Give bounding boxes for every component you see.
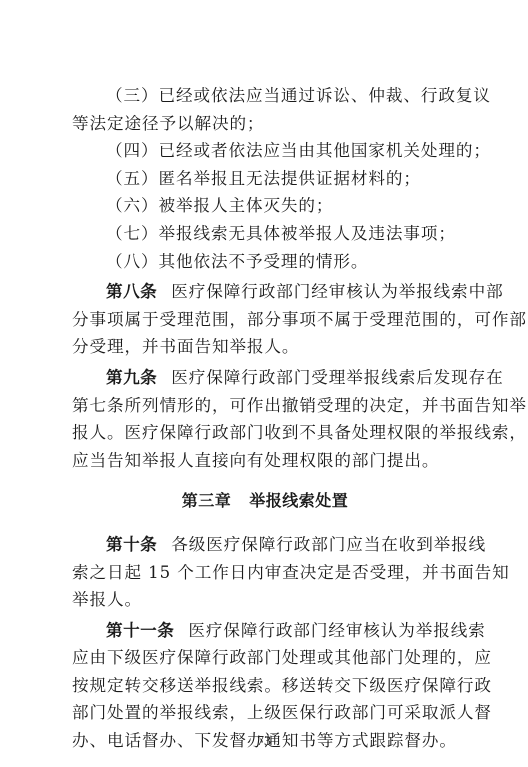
article-10-label: 第十条 xyxy=(106,535,157,554)
article-8-line: 分受理，并书面告知举报人。 xyxy=(72,333,458,361)
article-11-line: 应由下级医疗保障行政部门处理或其他部门处理的，应 xyxy=(72,644,458,672)
article-8-line: 分事项属于受理范围，部分事项不属于受理范围的，可作部 xyxy=(72,306,458,334)
article-10-line: 举报人。 xyxy=(72,586,458,614)
article-11-first-line: 第十一条医疗保障行政部门经审核认为举报线索 xyxy=(72,617,458,645)
article-9-label: 第九条 xyxy=(106,368,157,387)
chapter-title: 举报线索处置 xyxy=(249,491,348,510)
article-9-first-line: 第九条医疗保障行政部门受理举报线索后发现存在 xyxy=(72,364,458,392)
article-9-text: 医疗保障行政部门受理举报线索后发现存在 xyxy=(171,368,503,387)
article-11-line: 部门处置的举报线索，上级医保行政部门可采取派人督 xyxy=(72,699,458,727)
page-number: 73 xyxy=(0,734,528,750)
article-10-text: 各级医疗保障行政部门应当在收到举报线 xyxy=(171,535,486,554)
article-8-text: 医疗保障行政部门经审核认为举报线索中部 xyxy=(171,282,503,301)
list-item-3: （三）已经或依法应当通过诉讼、仲裁、行政复议 xyxy=(72,82,458,110)
article-11-text: 医疗保障行政部门经审核认为举报线索 xyxy=(188,621,485,640)
article-9-line: 应当告知举报人直接向有处理权限的部门提出。 xyxy=(72,447,458,475)
article-11-line: 按规定转交移送举报线索。移送转交下级医疗保障行政 xyxy=(72,672,458,700)
article-10-first-line: 第十条各级医疗保障行政部门应当在收到举报线 xyxy=(72,531,458,559)
list-item-7: （七）举报线索无具体被举报人及违法事项； xyxy=(72,220,458,248)
article-10: 第十条各级医疗保障行政部门应当在收到举报线 索之日起 15 个工作日内审查决定是… xyxy=(72,531,458,614)
article-8-first-line: 第八条医疗保障行政部门经审核认为举报线索中部 xyxy=(72,278,458,306)
article-9: 第九条医疗保障行政部门受理举报线索后发现存在 第七条所列情形的，可作出撤销受理的… xyxy=(72,364,458,474)
article-10-line: 索之日起 15 个工作日内审查决定是否受理，并书面告知 xyxy=(72,559,458,587)
chapter-heading: 第三章举报线索处置 xyxy=(72,487,458,515)
article-8-label: 第八条 xyxy=(106,282,157,301)
list-item-6: （六）被举报人主体灭失的； xyxy=(72,192,458,220)
list-item-3-continued: 等法定途径予以解决的； xyxy=(72,110,458,138)
document-page: （三）已经或依法应当通过诉讼、仲裁、行政复议 等法定途径予以解决的； （四）已经… xyxy=(72,82,458,755)
article-11-label: 第十一条 xyxy=(106,621,174,640)
article-8: 第八条医疗保障行政部门经审核认为举报线索中部 分事项属于受理范围，部分事项不属于… xyxy=(72,278,458,361)
list-item-8: （八）其他依法不予受理的情形。 xyxy=(72,248,458,276)
article-9-line: 第七条所列情形的，可作出撤销受理的决定，并书面告知举 xyxy=(72,392,458,420)
article-9-line: 报人。医疗保障行政部门收到不具备处理权限的举报线索， xyxy=(72,419,458,447)
chapter-number: 第三章 xyxy=(182,491,232,510)
list-item-5: （五）匿名举报且无法提供证据材料的； xyxy=(72,165,458,193)
list-item-4: （四）已经或者依法应当由其他国家机关处理的； xyxy=(72,137,458,165)
